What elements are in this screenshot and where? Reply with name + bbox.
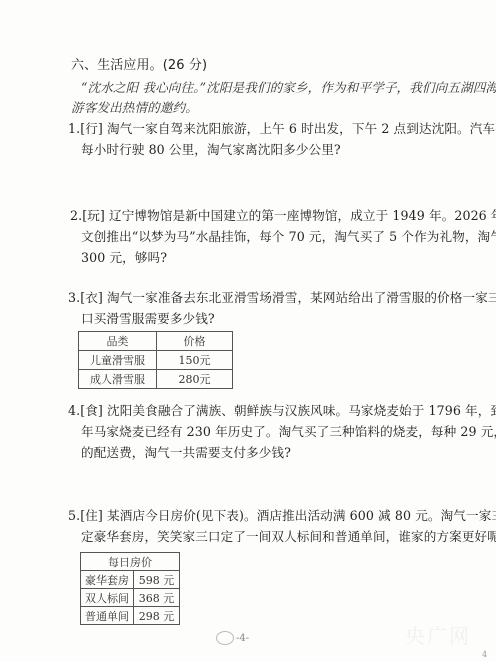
table-row: 双人标间 368 元: [81, 589, 180, 607]
table-title: 每日房价: [81, 553, 180, 571]
question-2-line-2: 文创推出“以梦为马”水晶挂饰，每个 70 元，淘气买了 5 个作为礼物，淘气有: [81, 229, 496, 245]
table-row: 儿童滑雪服 150元: [79, 351, 233, 370]
question-2-line-3: 300 元，够吗?: [81, 250, 167, 266]
table-cell-room: 豪华套房: [81, 571, 134, 589]
worksheet-page: 六、生活应用。(26 分) “沈水之阳 我心向往。”沈阳是我们的家乡，作为和平学…: [0, 0, 496, 662]
table-cell-price: 150元: [157, 351, 233, 370]
intro-line-1: “沈水之阳 我心向往。”沈阳是我们的家乡，作为和平学子，我们向五湖四海的: [81, 80, 496, 96]
table-header-category: 品类: [79, 332, 157, 351]
table-cell-item: 儿童滑雪服: [79, 351, 157, 370]
intro-line-2: 游客发出热情的邀约。: [71, 100, 198, 116]
ski-suit-price-table: 品类 价格 儿童滑雪服 150元 成人滑雪服 280元: [78, 331, 233, 389]
table-cell-price: 598 元: [134, 571, 180, 589]
table-cell-price: 368 元: [134, 589, 180, 607]
table-cell-price: 280元: [157, 370, 233, 389]
question-3-line-1: 3.[衣] 淘气一家准备去东北亚滑雪场滑雪，某网站给出了滑雪服的价格一家三: [68, 290, 496, 306]
question-3-line-2: 口买滑雪服需要多少钱?: [81, 311, 215, 327]
table-row: 豪华套房 598 元: [81, 571, 180, 589]
question-2-line-1: 2.[玩] 辽宁博物馆是新中国建立的第一座博物馆，成立于 1949 年。2026…: [70, 208, 496, 224]
watermark: 央广网: [405, 620, 471, 649]
question-4-line-3: 的配送费，淘气一共需要支付多少钱?: [81, 445, 291, 461]
hotel-price-table: 每日房价 豪华套房 598 元 双人标间 368 元 普通单间 298 元: [80, 552, 180, 625]
table-cell-item: 成人滑雪服: [79, 370, 157, 389]
table-header-price: 价格: [157, 332, 233, 351]
question-4-line-1: 4.[食] 沈阳美食融合了满族、朝鲜族与汉族风味。马家烧麦始于 1796 年，到…: [68, 403, 496, 419]
section-title: 六、生活应用。(26 分): [71, 58, 207, 74]
table-row: 成人滑雪服 280元: [79, 370, 233, 389]
question-1-line-2: 每小时行驶 80 公里，淘气家离沈阳多少公里?: [81, 142, 341, 158]
table-cell-room: 双人标间: [81, 589, 134, 607]
corner-number: 4: [482, 650, 487, 659]
page-number: -4-: [236, 633, 249, 644]
question-5-line-1: 5.[住] 某酒店今日房价(见下表)。酒店推出活动满 600 减 80 元。淘气…: [68, 508, 496, 524]
table-cell-room: 普通单间: [81, 607, 134, 625]
question-1-line-1: 1.[行] 淘气一家自驾来沈阳旅游，上午 6 时出发，下午 2 点到达沈阳。汽车…: [68, 121, 496, 137]
question-5-line-2: 定豪华套房，笑笑家三口定了一间双人标间和普通单间，谁家的方案更好呢?: [81, 529, 496, 545]
question-4-line-2: 年马家烧麦已经有 230 年历史了。淘气买了三种馅料的烧麦，每种 29 元，5 …: [81, 424, 496, 440]
table-row: 普通单间 298 元: [81, 607, 180, 625]
publisher-logo-icon: [216, 631, 234, 645]
table-cell-price: 298 元: [134, 607, 180, 625]
